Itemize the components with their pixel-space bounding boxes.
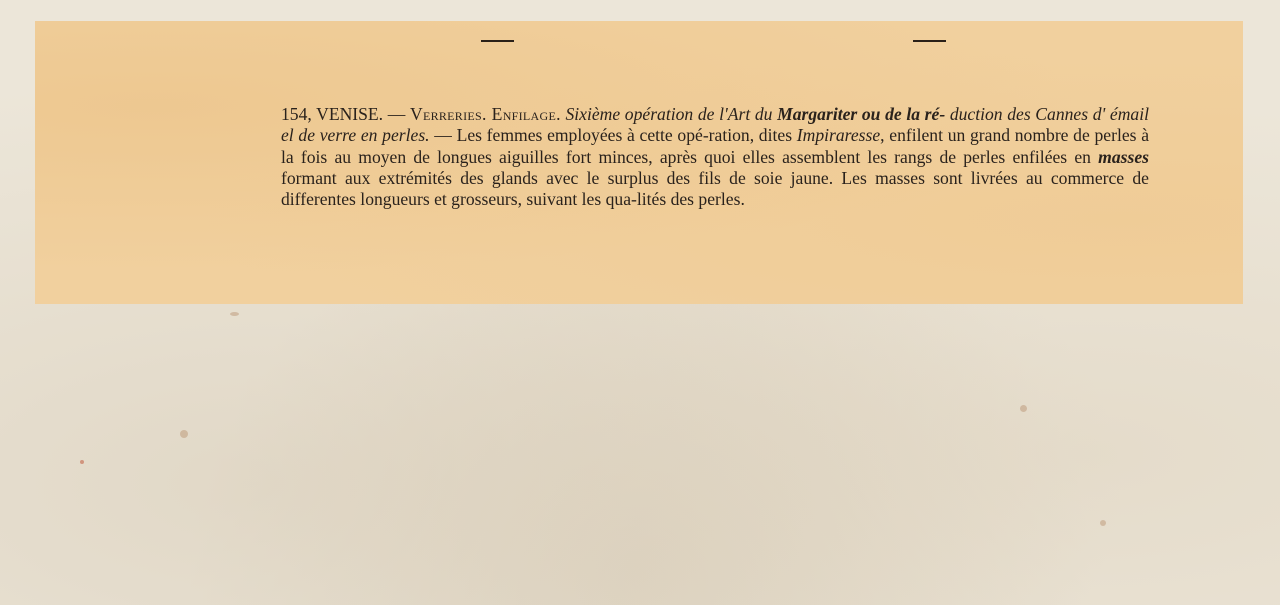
italic-masses: masses [1098, 147, 1149, 167]
entry-number: 154, [281, 104, 312, 124]
foxing-spot [180, 430, 188, 438]
dash: — [383, 104, 410, 124]
section-title: Verreries. Enfilage. [410, 104, 561, 124]
italic-term: Impiraresse [797, 125, 880, 145]
place-name: VENISE. [316, 104, 383, 124]
body-text-1: — Les femmes employées à cette opé-ratio… [430, 125, 797, 145]
foxing-spot [1100, 520, 1106, 526]
body-text-3: formant aux extrémités des glands avec l… [281, 168, 1149, 209]
foxing-spot [1020, 405, 1027, 412]
tick-mark-right [913, 40, 946, 42]
italic-bold-title: Margariter ou de la ré- [777, 104, 945, 124]
stereoview-card-back: 154, VENISE. — Verreries. Enfilage. Sixi… [0, 0, 1280, 605]
foxing-spot [80, 460, 84, 464]
foxing-spot [230, 312, 239, 316]
caption-text: 154, VENISE. — Verreries. Enfilage. Sixi… [281, 104, 1149, 210]
italic-title-part-1: Sixième opération de l'Art du [561, 104, 777, 124]
tick-mark-left [481, 40, 514, 42]
